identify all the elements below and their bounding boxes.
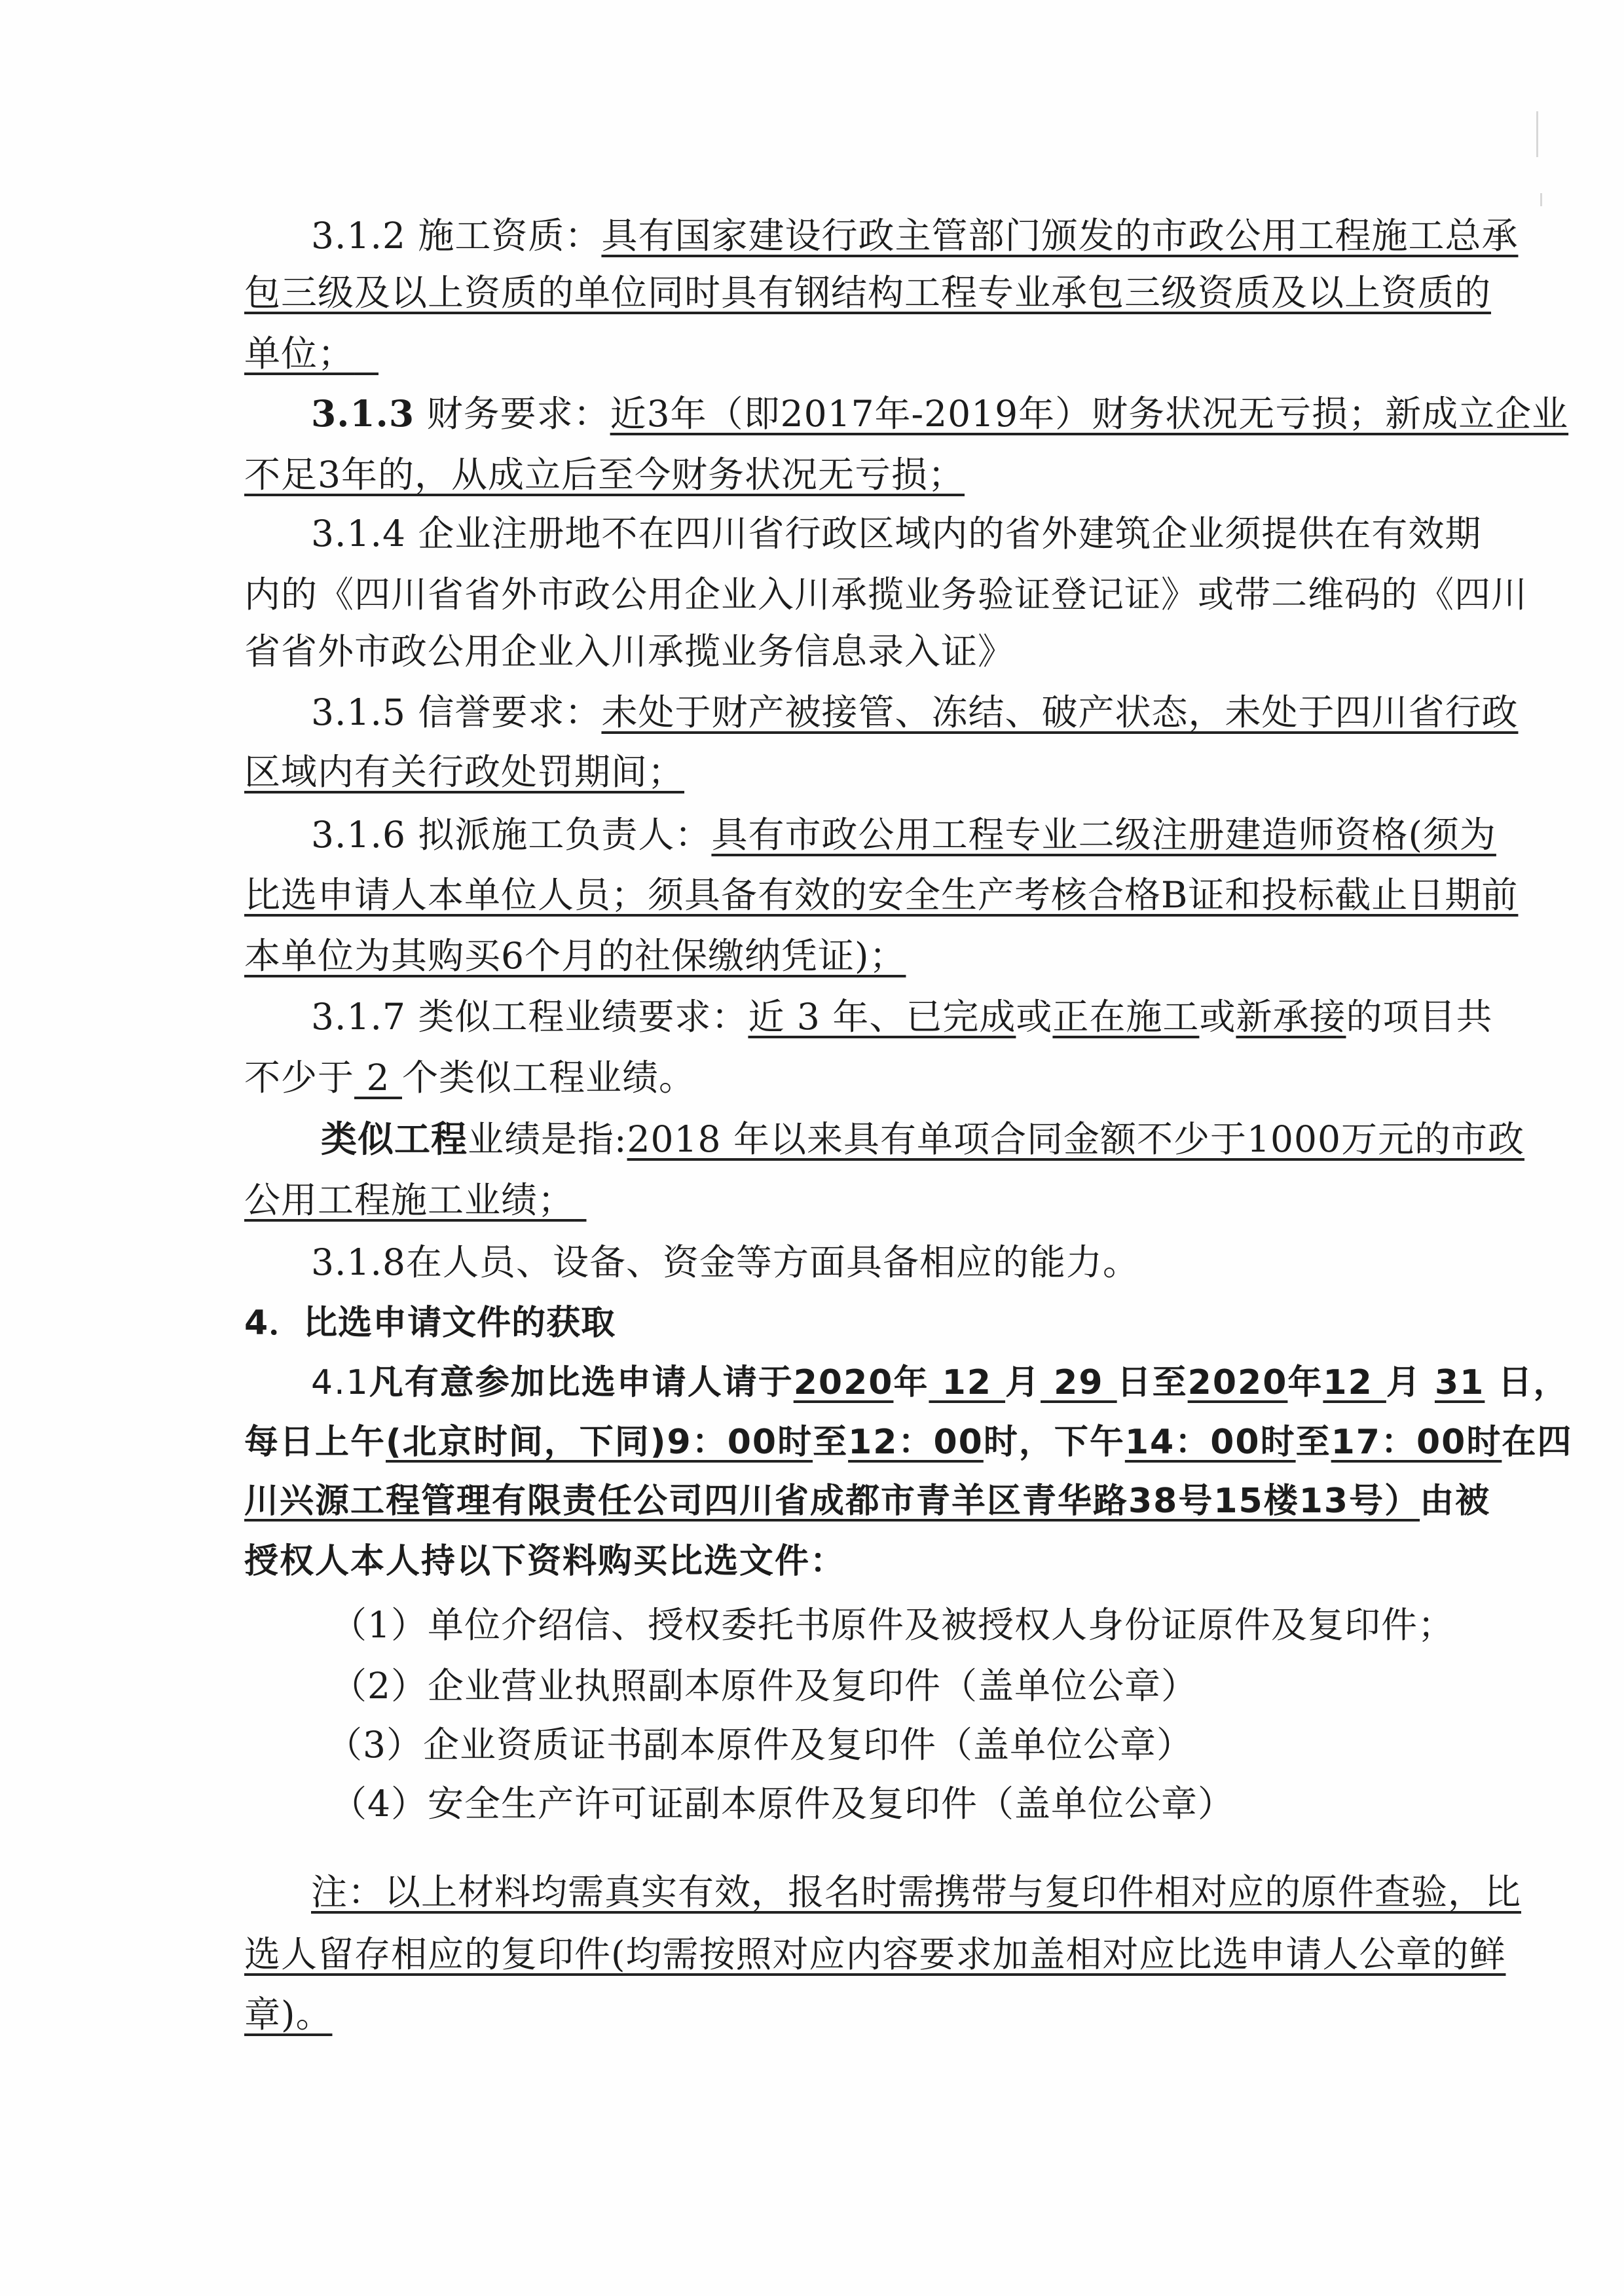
- clause-text: 省省外市政公用企业入川承揽业务信息录入证》: [244, 630, 1014, 672]
- scan-artifact: [1536, 111, 1538, 157]
- similar-projects-line-2: 公用工程施工业绩；: [244, 1177, 587, 1223]
- clause-3-1-8: 3.1.8在人员、设备、资金等方面具备相应的能力。: [311, 1239, 1139, 1285]
- clause-label: 业绩是指:: [468, 1118, 627, 1160]
- plain-segment: 凡有意参加比选申请人请于: [369, 1363, 794, 1402]
- material-item-4: （4）安全生产许可证副本原件及复印件（盖单位公章）: [331, 1781, 1234, 1827]
- clause-3-1-7-line-1: 3.1.7 类似工程业绩要求：近 3 年、已完成或正在施工或新承接的项目共: [311, 994, 1492, 1040]
- clause-3-1-7-line-2: 不少于 2 个类似工程业绩。: [244, 1055, 695, 1101]
- clause-3-1-4-line-2: 内的《四川省省外市政公用企业入川承揽业务验证登记证》或带二维码的《四川: [244, 572, 1528, 617]
- clause-3-1-6-line-1: 3.1.6 拟派施工负责人：具有市政公用工程专业二级注册建造师资格(须为: [311, 812, 1496, 858]
- plain-segment: 至: [1296, 1423, 1331, 1462]
- underlined-segment: 12：00: [848, 1423, 984, 1462]
- plain-segment: 授权人本人持以下资料购买比选文件：: [244, 1542, 845, 1581]
- list-item-text: （3）企业资质证书副本原件及复印件（盖单位公章）: [326, 1724, 1193, 1766]
- clause-text: 3.1.8在人员、设备、资金等方面具备相应的能力。: [311, 1241, 1139, 1283]
- clause-4-1-line-4: 授权人本人持以下资料购买比选文件：: [244, 1539, 845, 1584]
- plain-segment: 在四: [1502, 1423, 1572, 1462]
- clause-3-1-4-line-3: 省省外市政公用企业入川承揽业务信息录入证》: [244, 629, 1014, 674]
- clause-underlined-text: 具有市政公用工程专业二级注册建造师资格(须为: [711, 814, 1496, 856]
- clause-underlined-text: 公用工程施工业绩；: [244, 1179, 574, 1221]
- plain-segment: 不少于: [244, 1057, 354, 1099]
- clause-4-1-line-1: 4.1凡有意参加比选申请人请于2020年 12 月 29 日至2020年12 月…: [311, 1360, 1568, 1406]
- plain-segment: 日至: [1117, 1363, 1188, 1402]
- heading-text: 4．比选申请文件的获取: [244, 1303, 616, 1343]
- underlined-day: 29: [1041, 1363, 1117, 1402]
- clause-underlined-text: 区域内有关行政处罚期间；: [244, 751, 684, 793]
- clause-3-1-5-line-1: 3.1.5 信誉要求：未处于财产被接管、冻结、破产状态，未处于四川省行政: [311, 689, 1518, 735]
- plain-segment: 或: [1016, 996, 1052, 1038]
- clause-4-1-line-3: 川兴源工程管理有限责任公司四川省成都市青羊区青华路38号15楼13号）由被: [244, 1478, 1490, 1524]
- plain-segment: 年: [893, 1363, 929, 1402]
- clause-underlined-text: 包三级及以上资质的单位同时具有钢结构工程专业承包三级资质及以上资质的: [244, 272, 1491, 314]
- clause-label: 3.1.7 类似工程业绩要求：: [311, 996, 748, 1038]
- plain-segment: 月: [1005, 1363, 1041, 1402]
- material-item-2: （2）企业营业执照副本原件及复印件（盖单位公章）: [331, 1663, 1198, 1709]
- list-item-text: （4）安全生产许可证副本原件及复印件（盖单位公章）: [331, 1783, 1234, 1825]
- list-item-text: （1）单位介绍信、授权委托书原件及被授权人身份证原件及复印件；: [331, 1604, 1454, 1646]
- plain-segment: 日，: [1485, 1363, 1568, 1402]
- underlined-segment: 新承接: [1236, 996, 1346, 1038]
- scan-artifact: [1540, 193, 1542, 206]
- clause-label: 财务要求：: [415, 393, 610, 435]
- material-item-1: （1）单位介绍信、授权委托书原件及被授权人身份证原件及复印件；: [331, 1602, 1454, 1648]
- clause-3-1-5-line-2: 区域内有关行政处罚期间；: [244, 749, 684, 795]
- clause-number: 3.1.3: [311, 392, 415, 435]
- underlined-year: 2020: [1188, 1363, 1288, 1402]
- similar-projects-line-1: 类似工程业绩是指:2018 年以来具有单项合同金额不少于1000万元的市政: [321, 1116, 1524, 1162]
- clause-3-1-4-line-1: 3.1.4 企业注册地不在四川省行政区域内的省外建筑企业须提供在有效期: [311, 511, 1481, 556]
- note-line-2: 选人留存相应的复印件(均需按照对应内容要求加盖相对应比选申请人公章的鲜: [244, 1931, 1505, 1977]
- clause-3-1-3-line-1: 3.1.3 财务要求：近3年（即2017年-2019年）财务状况无亏损；新成立企…: [311, 391, 1568, 437]
- note-text: 选人留存相应的复印件(均需按照对应内容要求加盖相对应比选申请人公章的鲜: [244, 1933, 1505, 1975]
- clause-underlined-text: 2018 年以来具有单项合同金额不少于1000万元的市政: [627, 1118, 1524, 1160]
- clause-3-1-2-line-3: 单位；: [244, 331, 378, 376]
- note-text: 章)。: [244, 1994, 332, 2035]
- clause-4-1-line-2: 每日上午(北京时间，下同)9：00时至12：00时，下午14：00时至17：00…: [244, 1419, 1572, 1465]
- underlined-segment: (北京时间，下同)9：00时: [386, 1423, 813, 1462]
- underlined-segment: 14：00时: [1125, 1423, 1296, 1462]
- plain-segment: 的项目共: [1346, 996, 1492, 1038]
- underlined-segment: 17：00时: [1331, 1423, 1502, 1462]
- clause-underlined-text: 未处于财产被接管、冻结、破产状态，未处于四川省行政: [601, 691, 1518, 733]
- clause-underlined-text: 本单位为其购买6个月的社保缴纳凭证)；: [244, 935, 906, 977]
- clause-label: 3.1.2 施工资质：: [311, 215, 601, 257]
- plain-segment: 或: [1199, 996, 1236, 1038]
- clause-3-1-2-line-2: 包三级及以上资质的单位同时具有钢结构工程专业承包三级资质及以上资质的: [244, 270, 1491, 316]
- plain-segment: 至: [813, 1423, 848, 1462]
- plain-segment: 由被: [1420, 1482, 1490, 1521]
- underlined-segment: 正在施工: [1052, 996, 1199, 1038]
- clause-3-1-6-line-2: 比选申请人本单位人员；须具备有效的安全生产考核合格B证和投标截止日期前: [244, 872, 1518, 918]
- plain-segment: 月: [1386, 1363, 1435, 1402]
- clause-3-1-6-line-3: 本单位为其购买6个月的社保缴纳凭证)；: [244, 933, 906, 979]
- underlined-day: 31: [1435, 1363, 1485, 1402]
- bold-term: 类似工程: [321, 1118, 468, 1160]
- clause-underlined-text: 不足3年的，从成立后至今财务状况无亏损；: [244, 454, 965, 496]
- clause-text: 内的《四川省省外市政公用企业入川承揽业务验证登记证》或带二维码的《四川: [244, 574, 1528, 615]
- underlined-count: 2: [354, 1057, 402, 1099]
- document-page: 3.1.2 施工资质：具有国家建设行政主管部门颁发的市政公用工程施工总承 包三级…: [0, 0, 1624, 2296]
- clause-number: 4.1: [311, 1363, 369, 1402]
- note-line-3: 章)。: [244, 1992, 332, 2037]
- clause-underlined-text: 比选申请人本单位人员；须具备有效的安全生产考核合格B证和投标截止日期前: [244, 874, 1518, 916]
- material-item-3: （3）企业资质证书副本原件及复印件（盖单位公章）: [326, 1722, 1193, 1768]
- underlined-month: 12: [1323, 1363, 1386, 1402]
- section-4-heading: 4．比选申请文件的获取: [244, 1300, 616, 1346]
- note-line-1: 注：以上材料均需真实有效，报名时需携带与复印件相对应的原件查验，比: [255, 1869, 1521, 1915]
- list-item-text: （2）企业营业执照副本原件及复印件（盖单位公章）: [331, 1665, 1198, 1707]
- plain-segment: 年: [1287, 1363, 1323, 1402]
- clause-underlined-text: 单位；: [244, 333, 354, 374]
- underlined-address: 川兴源工程管理有限责任公司四川省成都市青羊区青华路38号15楼13号）: [244, 1482, 1420, 1521]
- plain-segment: 时，下午: [984, 1423, 1125, 1462]
- clause-underlined-text: 近3年（即2017年-2019年）财务状况无亏损；新成立企业: [610, 393, 1569, 435]
- clause-3-1-2-line-1: 3.1.2 施工资质：具有国家建设行政主管部门颁发的市政公用工程施工总承: [311, 213, 1518, 259]
- underlined-segment: 近 3 年、已完成: [748, 996, 1016, 1038]
- clause-3-1-3-line-2: 不足3年的，从成立后至今财务状况无亏损；: [244, 452, 965, 498]
- clause-underlined-text: 具有国家建设行政主管部门颁发的市政公用工程施工总承: [601, 215, 1518, 257]
- underlined-year: 2020: [794, 1363, 894, 1402]
- underlined-month: 12: [929, 1363, 1005, 1402]
- plain-segment: 个类似工程业绩。: [402, 1057, 695, 1099]
- clause-label: 3.1.5 信誉要求：: [311, 691, 601, 733]
- note-text: 注：以上材料均需真实有效，报名时需携带与复印件相对应的原件查验，比: [255, 1871, 1521, 1913]
- clause-label: 3.1.6 拟派施工负责人：: [311, 814, 711, 856]
- clause-text: 3.1.4 企业注册地不在四川省行政区域内的省外建筑企业须提供在有效期: [311, 513, 1481, 555]
- plain-segment: 每日上午: [244, 1423, 386, 1462]
